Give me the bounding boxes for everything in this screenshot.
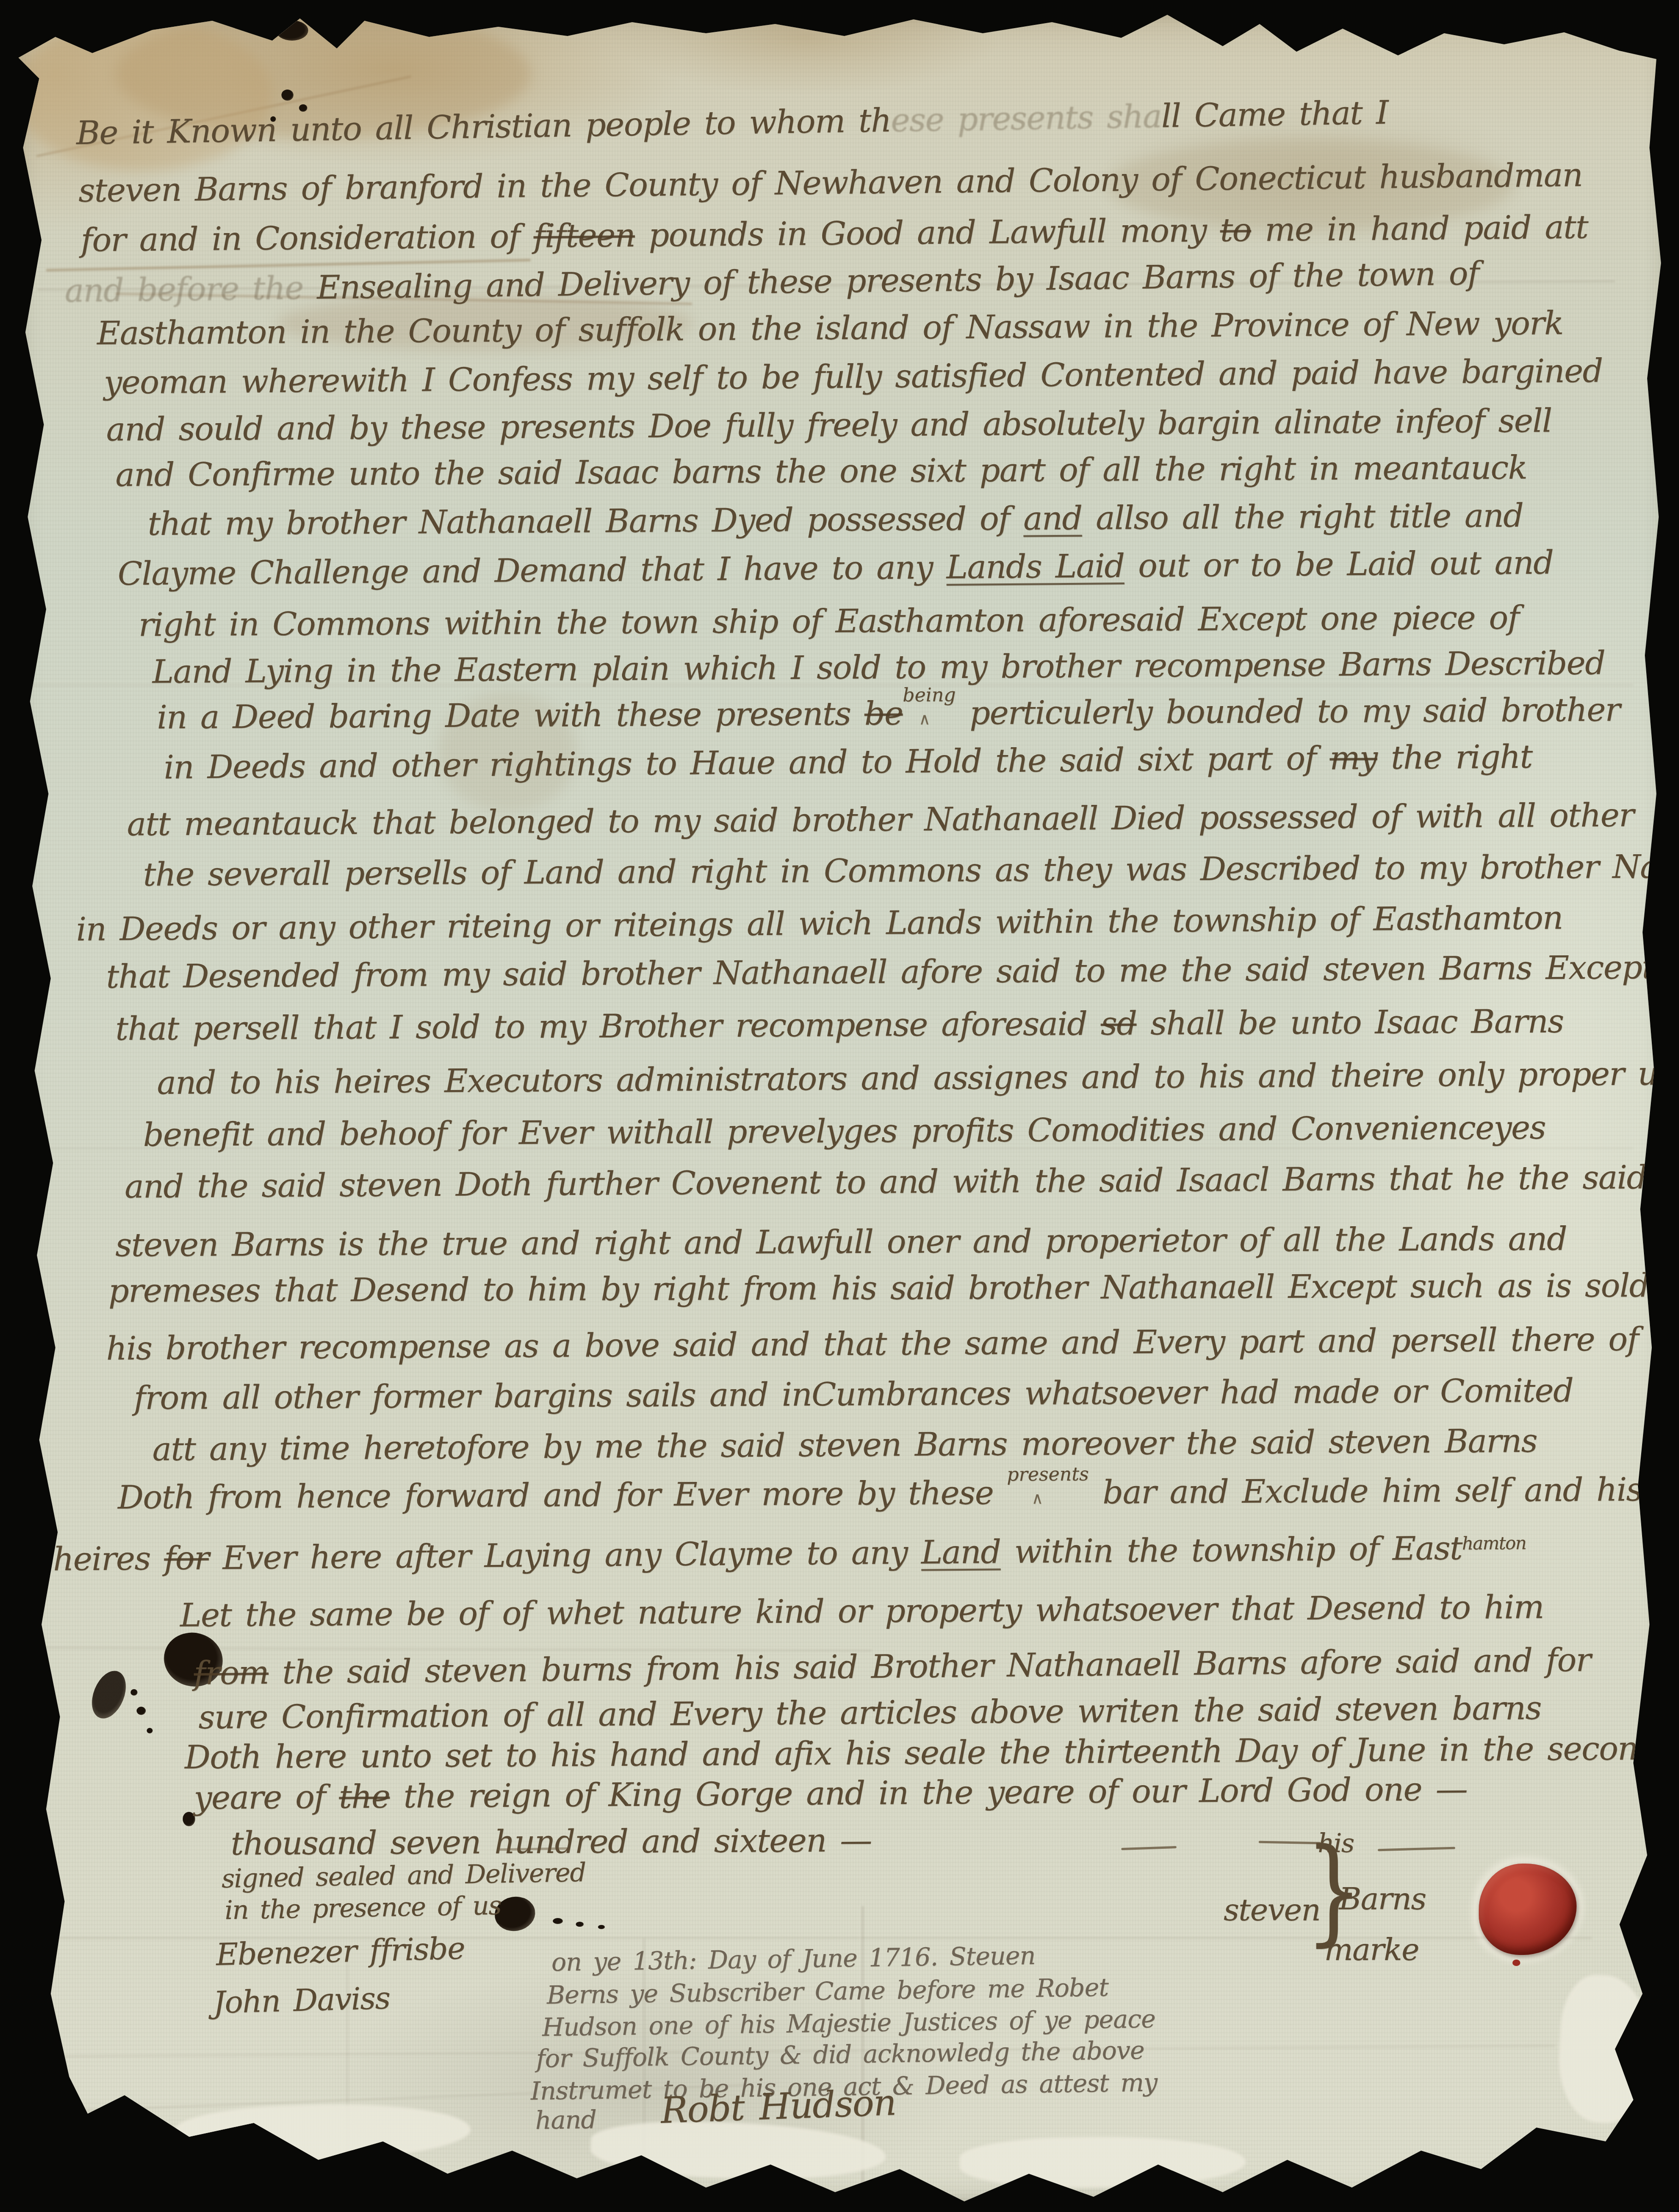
deed-line: premeses that Desend to him by right fro… [108,1266,1679,1310]
deed-line: Clayme Challenge and Demand that I have … [118,544,1554,593]
deed-line: steven Barns is the true and right and L… [115,1220,1567,1264]
deed-line: and before the Ensealing and Delivery of… [65,254,1479,309]
ink-speck [598,1925,605,1929]
deed-line: and to his heires Executors administrato… [157,1055,1679,1102]
deed-line-segment-faded: and before the [65,269,304,309]
deed-line: in Deeds or any other riteing or riteing… [76,899,1563,948]
deed-line: yeare of the the reign of King Gorge and… [194,1770,1467,1816]
deed-line-segment-struck: my [1329,739,1377,777]
torn-edge-fragment [1556,1973,1655,2125]
deed-line: his brother recompense as a bove said an… [106,1319,1679,1367]
deed-line-segment: the right [1377,737,1532,777]
deed-line-segment: pounds in Good and Lawfull mony [635,211,1220,254]
ink-speck [147,1728,153,1733]
ink-speck [281,90,293,101]
deed-line-segment: that Desended from my said brother Natha… [106,948,1654,995]
deed-line: right in Commons within the town ship of… [138,599,1519,644]
deed-line: that Desended from my said brother Natha… [106,948,1654,995]
ink-spot [276,20,308,41]
signature-word-marke: marke [1324,1932,1419,1967]
deed-line-segment: thousand seven hundred and sixteen — [231,1821,872,1862]
attestation-line-1: signed sealed and Delivered [221,1858,586,1894]
deed-line-segment: benefit and behoof for Ever withall prev… [143,1109,1546,1154]
ink-speck [137,1707,146,1715]
deed-line-segment: ll Came that I [1161,94,1388,135]
deed-line-segment: perticulerly bounded to my said brother [956,691,1620,732]
deed-line-segment: premeses that Desend to him by right fro… [108,1266,1679,1310]
deed-line-segment: att meantauck that belonged to my said b… [127,796,1634,843]
torn-edge-fragment [174,2099,472,2165]
ink-speck [78,2136,86,2142]
deed-line: from all other former bargins sails and … [134,1372,1573,1417]
ink-speck [27,2133,37,2141]
deed-line: the severall persells of Land and right … [143,847,1679,893]
deed-line-segment-struck: fifteen [533,216,635,255]
signer-last-name: Barns [1339,1881,1426,1917]
ink-speck [553,1918,563,1924]
deed-line: Doth here unto set to his hand and afix … [185,1729,1658,1776]
deed-line-segment: sure Confirmation of all and Every the a… [198,1689,1542,1736]
deed-line-segment: me in hand paid att [1251,208,1588,249]
acknowledgment-line: Berns ye Subscriber Came before me Robet [547,1973,1109,2010]
attestation-line-2: in the presence of us [224,1891,501,1925]
deed-line-segment-underlined: Land [921,1533,1001,1571]
pen-dash [1378,1847,1455,1851]
deed-line-segment: att any time heretofore by me the said s… [152,1422,1537,1468]
torn-edge-fragment [959,2134,1246,2190]
deed-line: in Deeds and other rightings to Haue and… [164,737,1532,786]
deed-line-segment: shall be unto Isaac Barns [1136,1002,1564,1043]
witness-signature: John Daviss [213,1980,390,2020]
deed-line-segment-struck: from [194,1654,269,1692]
deed-line-segment-inserted: being [902,683,956,706]
margin-mark: 2 [0,114,28,156]
deed-line-segment: in Deeds and other rightings to Haue and… [164,739,1330,786]
deed-line: Doth from hence forward and for Ever mor… [118,1470,1642,1516]
pen-dash [1259,1841,1321,1844]
deed-line-segment-struck: for [164,1539,209,1577]
scanned-document-page: { "colors":{"bg":"#080806","paper":"#d6d… [0,0,1679,2212]
deed-line-segment-sup: hamton [1462,1533,1526,1554]
deed-line-segment-struck: be [864,695,903,732]
deed-line: thousand seven hundred and sixteen — [231,1821,872,1862]
deed-line: att any time heretofore by me the said s… [152,1422,1537,1468]
deed-line: and the said steven Doth further Covenen… [125,1158,1647,1205]
deed-line-segment-struck: sd [1100,1005,1136,1043]
deed-line: that persell that I sold to my Brother r… [115,1002,1564,1048]
edge-hole [18,715,33,737]
pen-dash [1121,1846,1177,1850]
deed-line-segment: that my brother Nathanaell Barns Dyed po… [148,500,1023,543]
deed-line-segment: yeare of [194,1778,339,1816]
deed-line: sure Confirmation of all and Every the a… [198,1689,1542,1736]
deed-line-segment: in Deeds or any other riteing or riteing… [76,899,1563,948]
witness-signature: Ebenezer ffrisbe [215,1930,465,1972]
deed-line-segment-faded: ese presents sha [890,97,1161,139]
deed-line-segment-underlined: and [1023,499,1082,538]
deed-line-segment: yeoman wherewith I Confess my self to be… [104,352,1603,402]
deed-line-segment-struck: the [339,1778,390,1816]
deed-line-segment: Clayme Challenge and Demand that I have … [118,548,947,593]
deed-line-segment-underlined: Lands Laid [946,547,1124,586]
deed-line: that my brother Nathanaell Barns Dyed po… [148,497,1524,543]
deed-line-segment: from all other former bargins sails and … [134,1372,1573,1417]
deed-line-segment: and the said steven Doth further Covenen… [125,1158,1647,1205]
deed-line: for and in Consideration of fifteen poun… [81,208,1588,259]
deed-line-segment-inserted: presents [1007,1463,1089,1486]
acknowledgment-line: on ye 13th: Day of June 1716. Steuen [551,1941,1035,1977]
deed-line-segment: Ever here after Laying any Clayme to any [209,1534,921,1577]
deed-line-segment: Let the same be of of whet nature kind o… [180,1588,1544,1634]
deed-line-segment: steven Barns is the true and right and L… [115,1220,1567,1264]
deed-line: heires for Ever here after Laying any Cl… [53,1529,1526,1578]
deed-line: Let the same be of of whet nature kind o… [180,1588,1544,1634]
deed-line-segment-struck: to [1220,211,1251,249]
deed-line-segment: and sould and by these presents Doe full… [106,402,1552,448]
wax-seal-fragment [1512,1960,1520,1966]
deed-line: in a Deed baring Date with these present… [157,691,1620,737]
deed-line-segment: Doth here unto set to his hand and afix … [185,1729,1658,1776]
deed-line: and sould and by these presents Doe full… [106,402,1552,448]
deed-line-segment: his brother recompense as a bove said an… [106,1319,1679,1367]
deed-line-segment: bar and Exclude him self and his [1089,1470,1642,1511]
deed-line: yeoman wherewith I Confess my self to be… [104,352,1603,402]
ink-spot [183,1812,195,1826]
deed-line-segment: the severall persells of Land and right … [143,847,1679,893]
deed-line: benefit and behoof for Ever withall prev… [143,1109,1546,1154]
deed-line-segment: that persell that I sold to my Brother r… [115,1005,1101,1048]
deed-line-segment: in a Deed baring Date with these present… [157,695,865,736]
deed-line-segment: the reign of King Gorge and in the yeare… [390,1770,1467,1815]
notary-signature: Robt Hudson [660,2082,897,2132]
deed-line-segment: right in Commons within the town ship of… [138,599,1519,644]
wax-seal [1479,1864,1577,1955]
deed-line-segment: allso all the right title and [1082,497,1524,537]
deed-line-segment: Doth from hence forward and for Ever mor… [118,1474,1007,1517]
acknowledgment-line: Hudson one of his Majestie Justices of y… [542,2004,1156,2042]
ink-speck [131,1689,137,1696]
deed-line: att meantauck that belonged to my said b… [127,796,1634,843]
ink-blot [85,1666,132,1724]
acknowledgment-line: for Suffolk County & did acknowledg the … [536,2036,1145,2073]
paper-sheet: 2 Be it Known unto all Christian people … [0,0,1679,2212]
deed-line-segment: out or to be Laid out and [1124,544,1553,585]
deed-line-segment: and Confirme unto the said Isaac barns t… [115,449,1527,494]
deed-line-segment: for and in Consideration of [81,217,534,259]
acknowledgment-line: hand [535,2105,597,2135]
deed-line-segment: heires [53,1540,164,1578]
deed-line: and Confirme unto the said Isaac barns t… [115,449,1527,494]
deed-line-segment: within the township of East [1000,1529,1462,1571]
ink-speck [24,2104,31,2116]
ink-speck [576,1922,584,1927]
deed-line-segment: and to his heires Executors administrato… [157,1055,1679,1102]
